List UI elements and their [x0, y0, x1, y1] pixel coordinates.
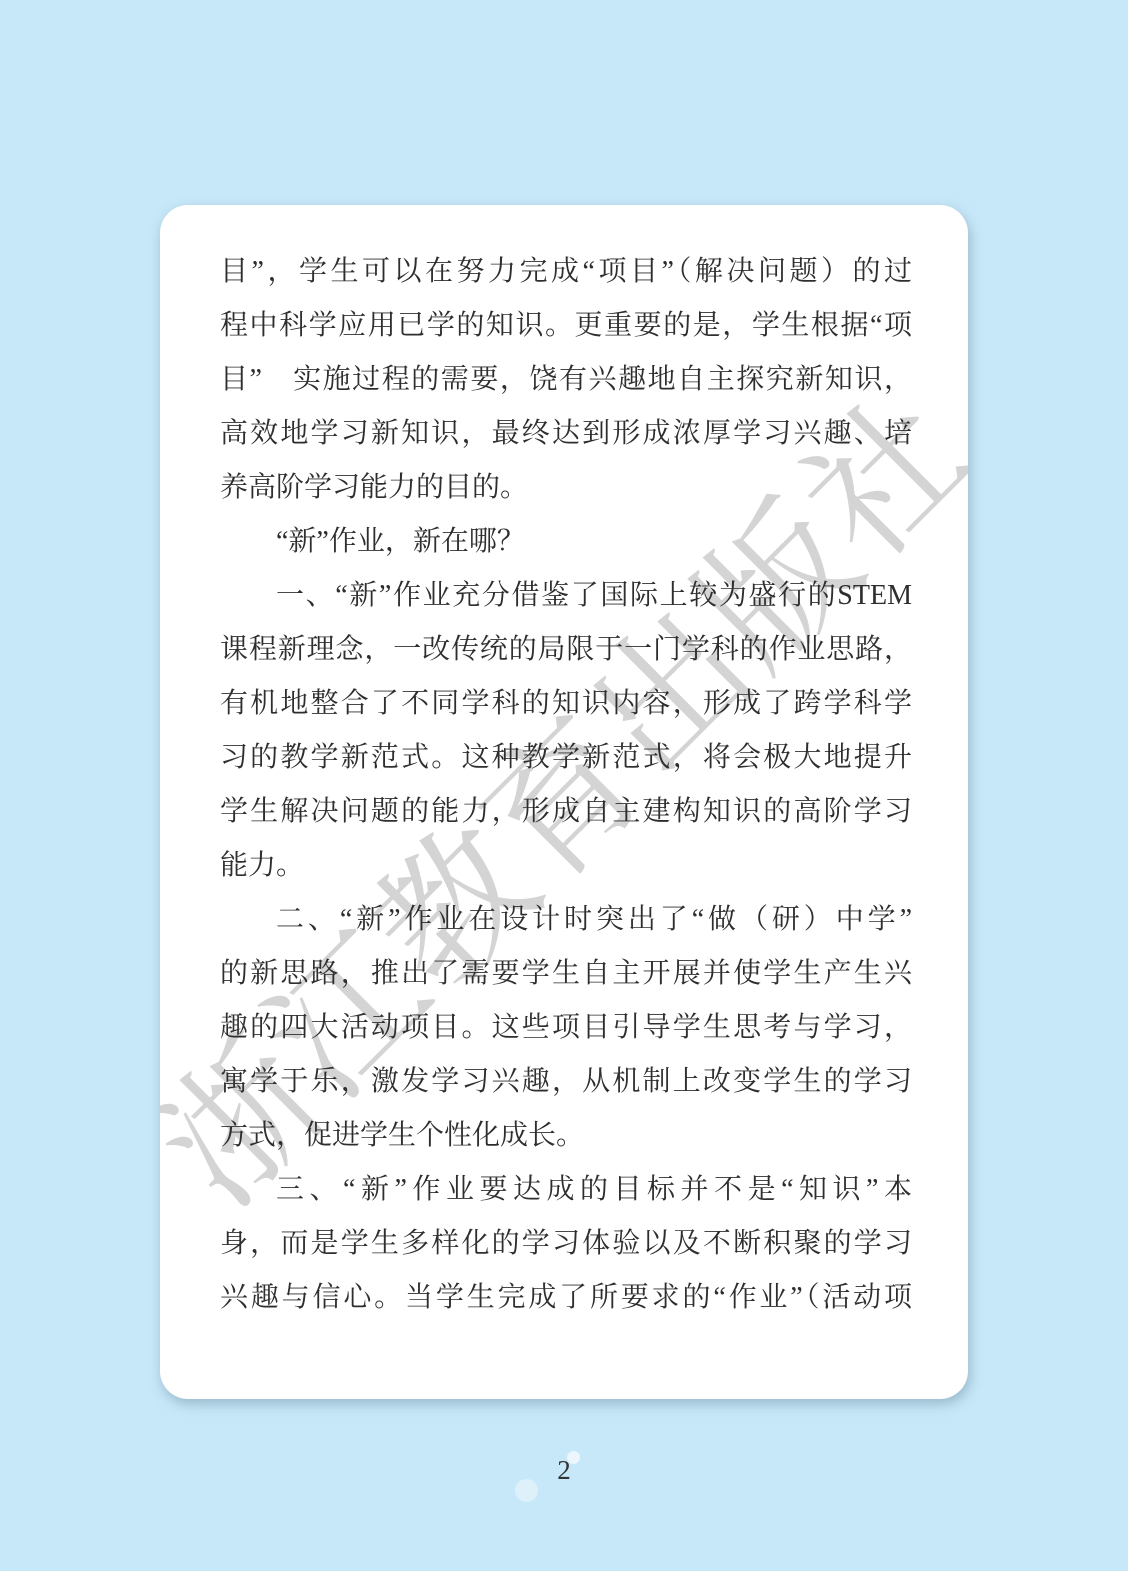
- text-line: “新”作业，新在哪？: [220, 515, 912, 569]
- text-line: 二、“新”作业在设计时突出了“做（研）中学”: [220, 893, 912, 947]
- text-line: 寓学于乐，激发学习兴趣，从机制上改变学生的学习: [220, 1055, 912, 1109]
- text-line: 学生解决问题的能力，形成自主建构知识的高阶学习: [220, 785, 912, 839]
- text-line: 的新思路，推出了需要学生自主开展并使学生产生兴: [220, 947, 912, 1001]
- text-line: 目”，学生可以在努力完成“项目”（解决问题）的过: [220, 245, 912, 299]
- page-number: 2: [0, 1455, 1128, 1486]
- document-page-card: 浙江教育出版社 目”，学生可以在努力完成“项目”（解决问题）的过程中科学应用已学…: [160, 205, 968, 1399]
- text-line: 趣的四大活动项目。这些项目引导学生思考与学习，: [220, 1001, 912, 1055]
- text-line: 目” 实施过程的需要，饶有兴趣地自主探究新知识，: [220, 353, 912, 407]
- text-line: 一、“新”作业充分借鉴了国际上较为盛行的STEM: [220, 569, 912, 623]
- text-line: 方式，促进学生个性化成长。: [220, 1109, 912, 1163]
- text-line: 兴趣与信心。当学生完成了所要求的“作业”（活动项: [220, 1271, 912, 1325]
- text-line: 习的教学新范式。这种教学新范式，将会极大地提升: [220, 731, 912, 785]
- text-line: 养高阶学习能力的目的。: [220, 461, 912, 515]
- text-line: 身，而是学生多样化的学习体验以及不断积聚的学习: [220, 1217, 912, 1271]
- text-line: 能力。: [220, 839, 912, 893]
- text-line: 程中科学应用已学的知识。更重要的是，学生根据“项: [220, 299, 912, 353]
- text-line: 课程新理念，一改传统的局限于一门学科的作业思路，: [220, 623, 912, 677]
- text-line: 有机地整合了不同学科的知识内容，形成了跨学科学: [220, 677, 912, 731]
- text-line: 三、“新”作业要达成的目标并不是“知识”本: [220, 1163, 912, 1217]
- document-text-block: 目”，学生可以在努力完成“项目”（解决问题）的过程中科学应用已学的知识。更重要的…: [220, 245, 912, 1325]
- text-line: 高效地学习新知识，最终达到形成浓厚学习兴趣、培: [220, 407, 912, 461]
